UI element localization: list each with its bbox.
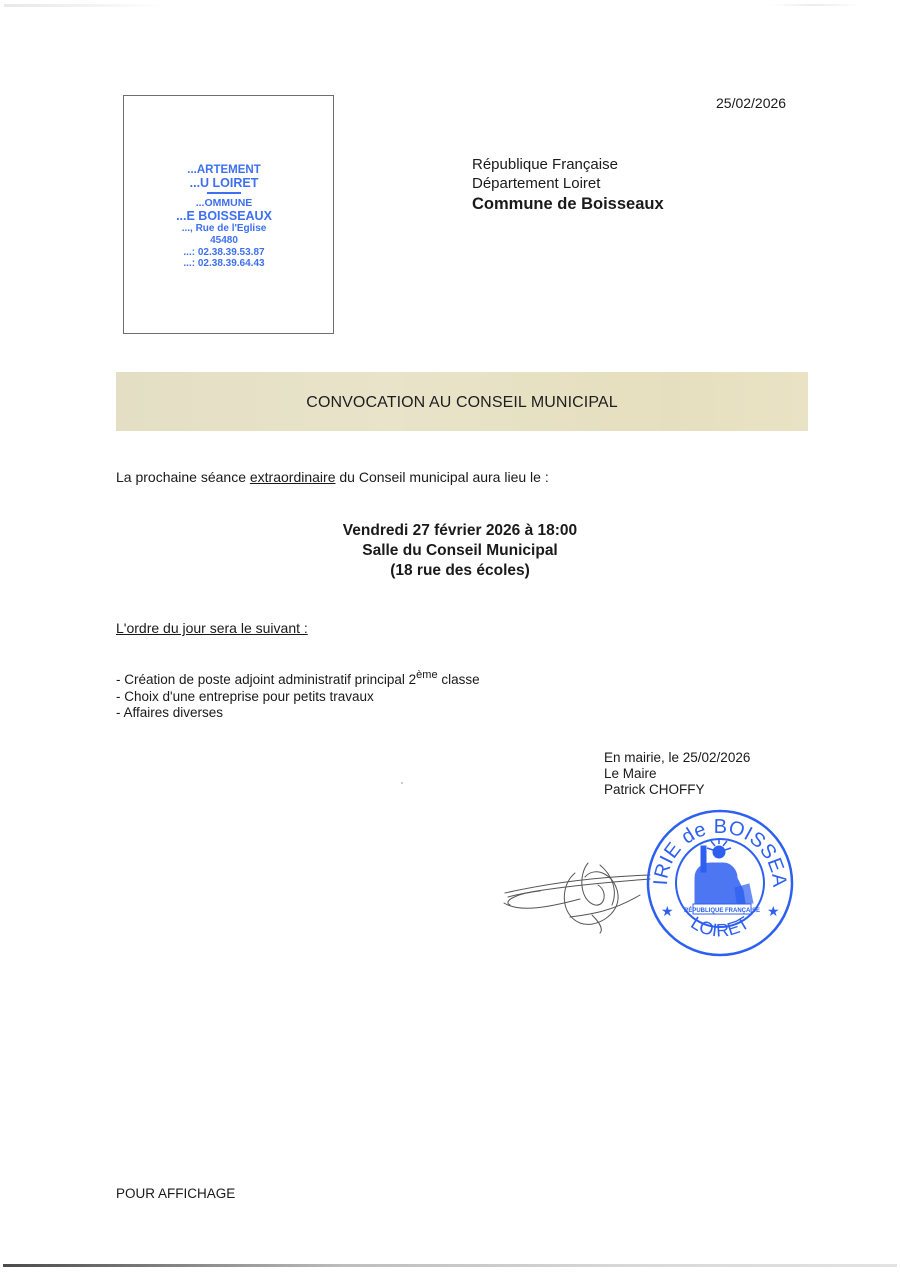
signoff-name: Patrick CHOFFY [604,782,750,798]
seal-ribbon-text: RÉPUBLIQUE FRANÇAISE [684,906,760,914]
scan-speck [401,782,403,784]
stamp-divider [207,192,241,194]
mairie-seal-icon: MAIRIE de BOISSEAUX LOIRET ★ ★ RÉPUBLIQU… [645,808,795,958]
agenda-item: - Création de poste adjoint administrati… [116,672,480,689]
signoff-date: En mairie, le 25/02/2026 [604,750,750,766]
agenda-item: - Affaires diverses [116,705,480,722]
intro-sentence: La prochaine séance extraordinaire du Co… [116,469,549,485]
commune-stamp: ...ARTEMENT ...U LOIRET ...OMMUNE ...E B… [164,164,284,269]
scan-edge-top-left [4,4,164,7]
document-title: CONVOCATION AU CONSEIL MUNICIPAL [306,394,617,412]
header-republic: République Française [472,155,664,174]
agenda-item-text: - Création de poste adjoint administrati… [116,672,416,687]
stamp-line-postcode: 45480 [164,235,284,247]
meeting-details: Vendredi 27 février 2026 à 18:00 Salle d… [250,521,670,581]
stamp-line-fax: ...: 02.38.39.64.43 [164,258,284,269]
agenda-title: L'ordre du jour sera le suivant : [116,620,308,636]
signoff-block: En mairie, le 25/02/2026 Le Maire Patric… [604,750,750,798]
agenda-item-tail: classe [438,672,480,687]
header-commune: Commune de Boisseaux [472,193,664,215]
stamp-line-street: ..., Rue de l'Eglise [164,223,284,235]
posting-notice: POUR AFFICHAGE [116,1186,235,1201]
document-date: 25/02/2026 [716,95,786,111]
signoff-role: Le Maire [604,766,750,782]
meeting-address: (18 rue des écoles) [250,561,670,581]
title-band: CONVOCATION AU CONSEIL MUNICIPAL [116,372,808,431]
meeting-datetime: Vendredi 27 février 2026 à 18:00 [250,521,670,541]
svg-text:★: ★ [767,903,780,919]
intro-after: du Conseil municipal aura lieu le : [335,469,548,485]
scan-edge-bottom [3,1264,897,1267]
meeting-place: Salle du Conseil Municipal [250,541,670,561]
stamp-line-phone: ...: 02.38.39.53.87 [164,247,284,258]
intro-emphasis: extraordinaire [250,469,336,485]
seal-bottom-text: LOIRET [687,913,752,941]
scan-edge-top-right [770,4,860,6]
commune-stamp-box: ...ARTEMENT ...U LOIRET ...OMMUNE ...E B… [123,95,334,334]
mayor-signature-icon [500,855,660,935]
svg-text:LOIRET: LOIRET [687,913,752,941]
svg-text:★: ★ [661,903,674,919]
agenda-item-superscript: ème [416,669,437,681]
issuer-header: République Française Département Loiret … [472,155,664,215]
intro-before: La prochaine séance [116,469,250,485]
agenda-list: - Création de poste adjoint administrati… [116,672,480,722]
agenda-item: - Choix d'une entreprise pour petits tra… [116,689,480,706]
agenda-item-text: - Affaires diverses [116,705,223,720]
header-department: Département Loiret [472,174,664,193]
stamp-line-boisseaux: ...E BOISSEAUX [164,210,284,223]
stamp-line-loiret: ...U LOIRET [164,177,284,190]
agenda-item-text: - Choix d'une entreprise pour petits tra… [116,689,374,704]
